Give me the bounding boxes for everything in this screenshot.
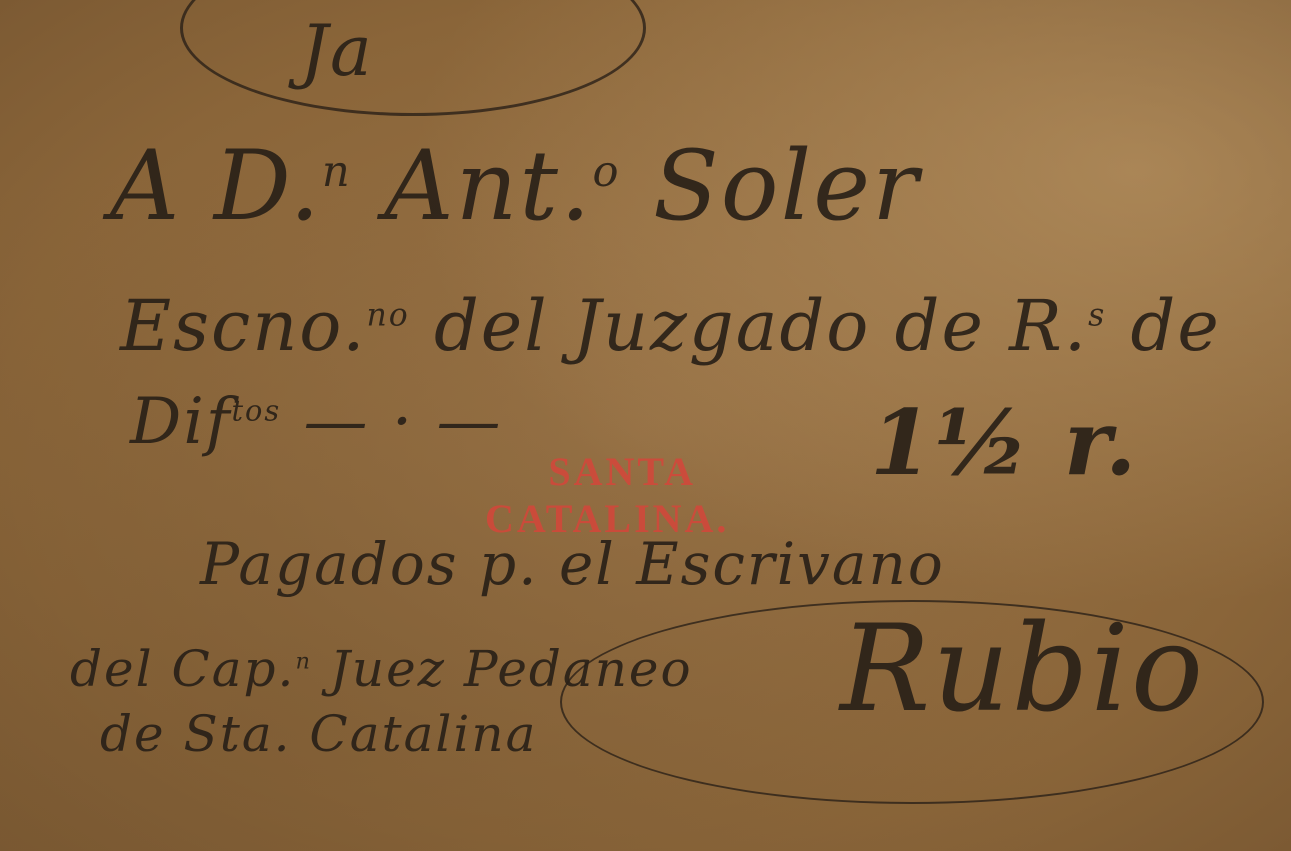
postmark-stamp: SANTA CATALINA.	[515, 448, 729, 542]
postage-amount: 1½ r.	[870, 390, 1138, 496]
title-line: Escno.no del Juzgado de R.s de	[120, 285, 1221, 367]
heading-text: Ja	[300, 10, 374, 92]
place-line: de Sta. Catalina	[100, 705, 537, 763]
addressee-line: A D.n Ant.o Soler	[110, 130, 920, 242]
signature-flourish	[560, 600, 1264, 804]
district-line: Diftos — · —	[130, 385, 503, 459]
top-flourish	[180, 0, 646, 116]
paid-line: Pagados p. el Escrivano	[200, 530, 945, 598]
